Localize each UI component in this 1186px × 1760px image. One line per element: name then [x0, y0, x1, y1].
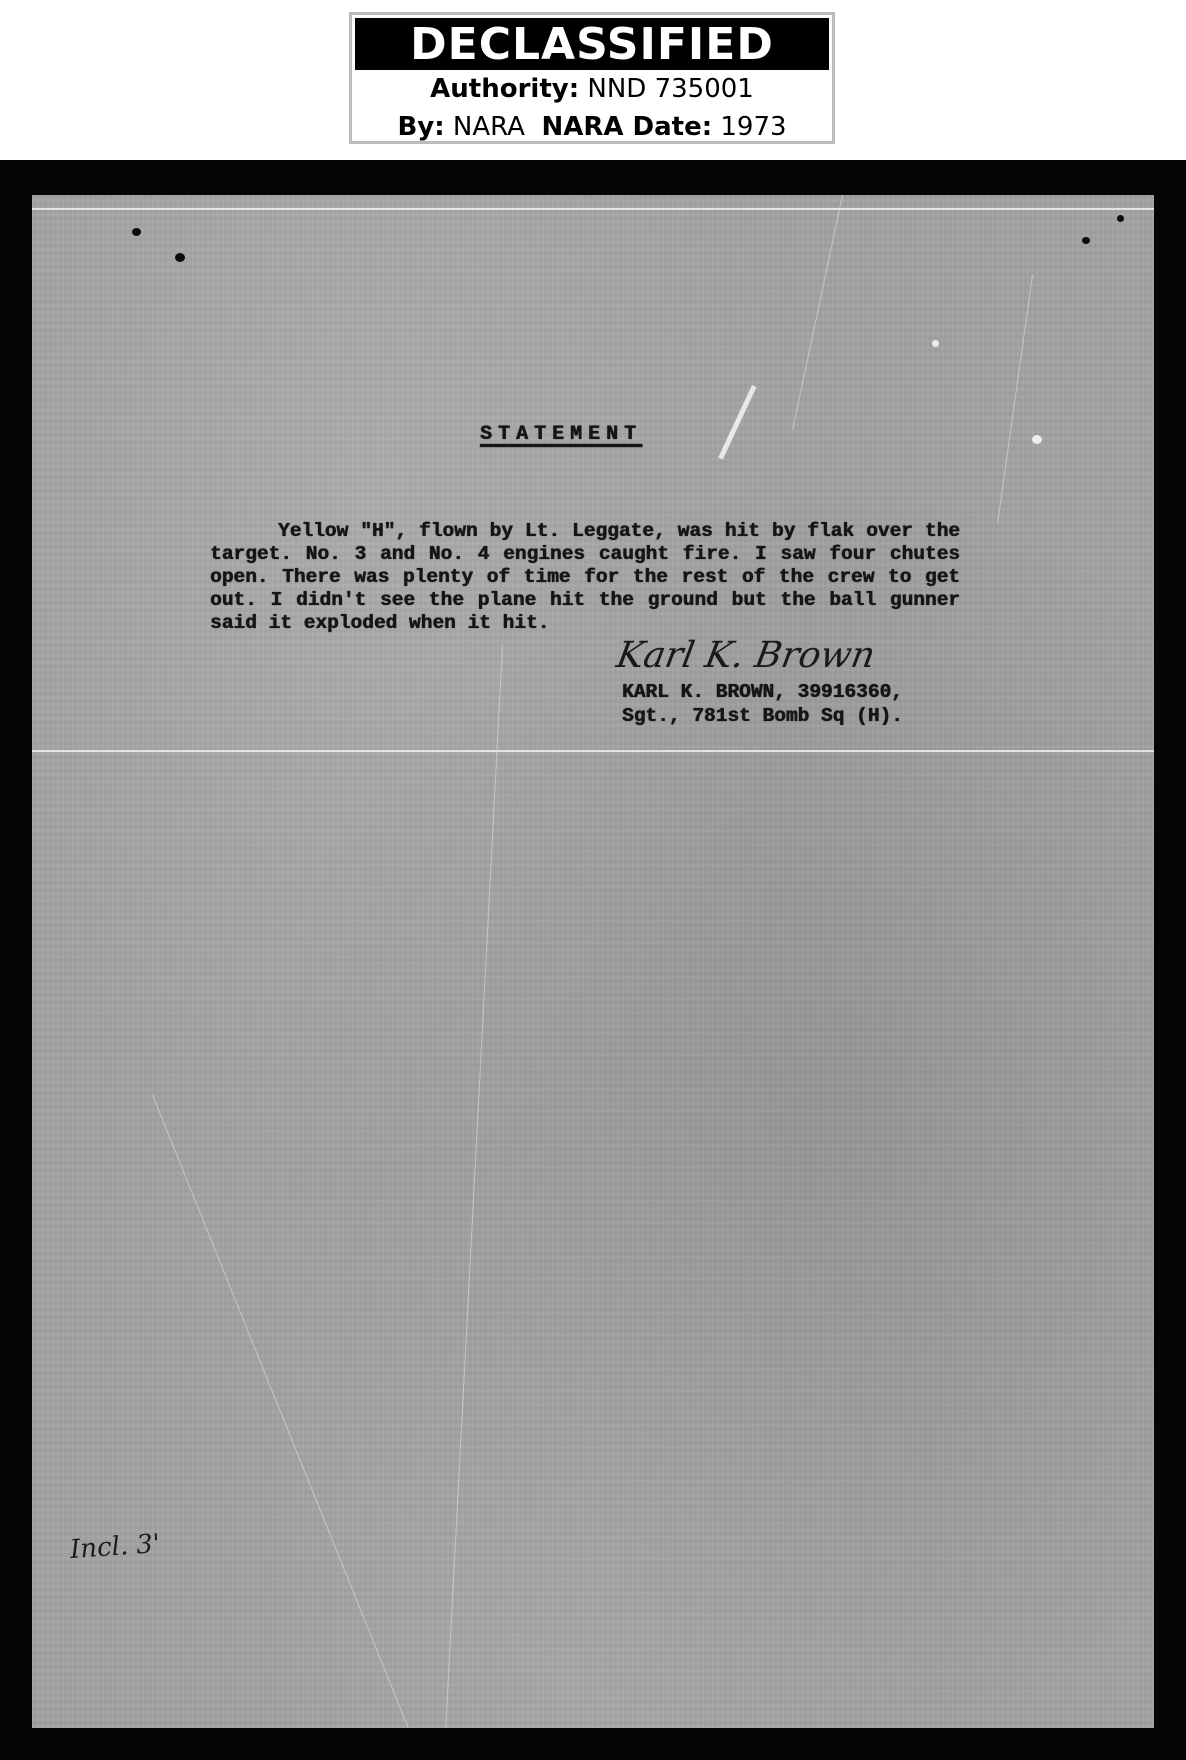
crease-line: [32, 750, 1154, 752]
scratch: [444, 645, 503, 1728]
signature-block: KARL K. BROWN, 39916360, Sgt., 781st Bom…: [622, 680, 903, 728]
ink-spot: [175, 253, 185, 262]
authority-label: Authority:: [430, 74, 579, 104]
white-spot: [932, 340, 939, 347]
signer-rank-unit: Sgt., 781st Bomb Sq (H).: [622, 704, 903, 728]
ink-spot: [1117, 215, 1124, 222]
scratch: [792, 195, 843, 430]
by-label: By:: [397, 112, 444, 142]
stamp-by-date: By: NARA NARA Date: 1973: [352, 108, 832, 146]
authority-value: NND 735001: [587, 74, 753, 104]
document-title: STATEMENT: [480, 423, 642, 446]
declassified-stamp: DECLASSIFIED Authority: NND 735001 By: N…: [349, 12, 835, 144]
signer-name-serial: KARL K. BROWN, 39916360,: [622, 680, 903, 704]
scratch: [152, 1095, 415, 1728]
ink-spot: [132, 228, 141, 236]
scratch: [718, 385, 756, 460]
scanned-page: STATEMENT Yellow "H", flown by Lt. Legga…: [0, 160, 1186, 1760]
date-label: NARA Date:: [541, 112, 712, 142]
ink-spot: [1082, 237, 1090, 244]
handwritten-enclosure-note: Incl. 3': [69, 1529, 161, 1565]
scratch: [997, 275, 1033, 523]
handwritten-signature: Karl K. Brown: [613, 635, 878, 676]
stamp-header: DECLASSIFIED: [355, 18, 829, 70]
white-spot: [1032, 435, 1042, 444]
by-value: NARA: [453, 112, 525, 142]
stamp-authority: Authority: NND 735001: [352, 70, 832, 108]
paper-sheet: STATEMENT Yellow "H", flown by Lt. Legga…: [32, 195, 1154, 1728]
crease-line: [32, 208, 1154, 210]
statement-body: Yellow "H", flown by Lt. Leggate, was hi…: [210, 520, 960, 635]
date-value: 1973: [720, 112, 786, 142]
